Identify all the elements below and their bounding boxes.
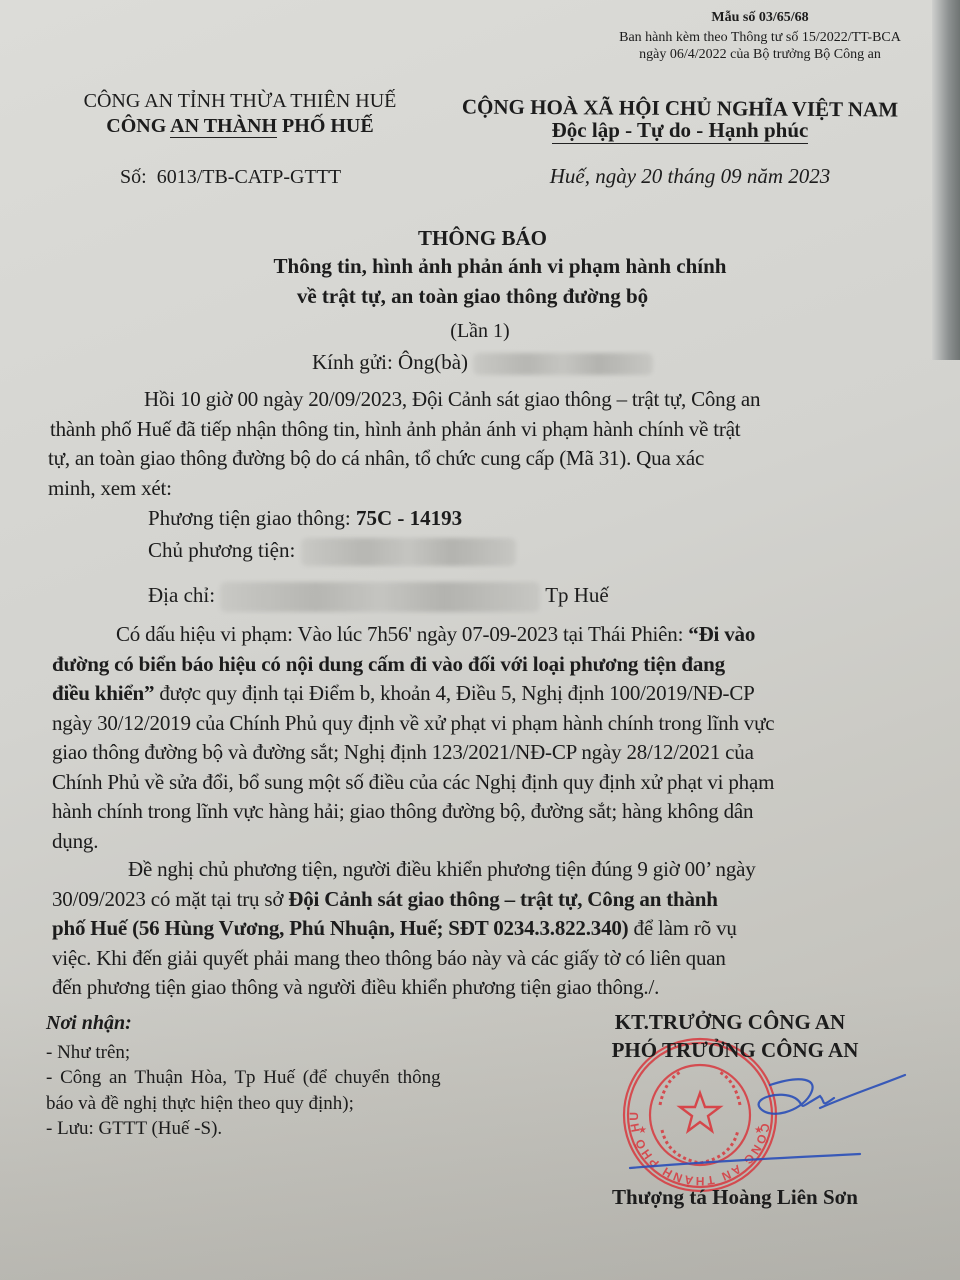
- request-line: 30/09/2023 có mặt tại trụ sở Đội Cảnh sá…: [52, 885, 756, 915]
- request-line: Đề nghị chủ phương tiện, người điều khiể…: [72, 855, 756, 885]
- address-row: Địa chỉ: Tp Huế: [148, 582, 609, 612]
- org-underlined: AN THÀNH: [170, 115, 277, 138]
- document-subtitle-2: về trật tự, an toàn giao thông đường bộ: [200, 284, 745, 309]
- violation-paragraph: Có dấu hiệu vi phạm: Vào lúc 7h56' ngày …: [72, 620, 774, 856]
- form-issued-date: ngày 06/4/2022 của Bộ trưởng Bộ Công an: [560, 47, 960, 63]
- parent-organization: CÔNG AN TỈNH THỪA THIÊN HUẾ: [40, 90, 440, 113]
- violation-bold: “Đi vào: [688, 622, 755, 646]
- signature-position: PHÓ TRƯỞNG CÔNG AN: [560, 1038, 910, 1063]
- request-bold: phố Huế (56 Hùng Vương, Phú Nhuận, Huế; …: [52, 916, 628, 940]
- form-issued-with: Ban hành kèm theo Thông tư số 15/2022/TT…: [560, 30, 960, 46]
- issuing-organization: CÔNG AN THÀNH PHỐ HUẾ: [40, 115, 440, 138]
- request-text: để làm rõ vụ: [628, 916, 736, 940]
- address-city: Tp Huế: [545, 583, 609, 607]
- violation-text: được quy định tại Điểm b, khoản 4, Điều …: [154, 681, 754, 705]
- violation-line: dụng.: [52, 827, 774, 857]
- request-paragraph: Đề nghị chủ phương tiện, người điều khiể…: [72, 855, 756, 1003]
- violation-line: ngày 30/12/2019 của Chính Phủ quy định v…: [52, 709, 774, 739]
- org-suffix: PHỐ HUẾ: [277, 115, 374, 137]
- recipient-item: - Như trên;: [46, 1041, 130, 1065]
- request-line: đến phương tiện giao thông và người điều…: [52, 973, 756, 1003]
- violation-line: điều khiển” được quy định tại Điểm b, kh…: [52, 679, 774, 709]
- violation-line: Chính Phủ về sửa đổi, bổ sung một số điề…: [52, 768, 774, 798]
- request-bold: Đội Cảnh sát giao thông – trật tự, Công …: [288, 887, 717, 911]
- redacted-owner-name: [301, 538, 516, 566]
- violation-line: giao thông đường bộ và đường sắt; Nghị đ…: [52, 738, 774, 768]
- intro-line: Hồi 10 giờ 00 ngày 20/09/2023, Đội Cảnh …: [40, 385, 900, 415]
- doc-number-value: 6013/TB-CATP-GTTT: [157, 166, 341, 188]
- recipient-item: báo và đề nghị thực hiện theo quy định);: [46, 1092, 354, 1116]
- violation-line: Có dấu hiệu vi phạm: Vào lúc 7h56' ngày …: [72, 620, 774, 650]
- national-motto: Độc lập - Tự do - Hạnh phúc: [450, 118, 910, 143]
- violation-text: Có dấu hiệu vi phạm: Vào lúc 7h56' ngày …: [116, 622, 688, 646]
- org-prefix: CÔNG: [106, 115, 170, 137]
- violation-line: hành chính trong lĩnh vực hàng hải; giao…: [52, 797, 774, 827]
- intro-line: thành phố Huế đã tiếp nhận thông tin, hì…: [40, 415, 900, 445]
- form-number: Mẫu số 03/65/68: [560, 10, 960, 26]
- plate-number: 75C - 14193: [356, 506, 462, 530]
- request-line: phố Huế (56 Hùng Vương, Phú Nhuận, Huế; …: [52, 914, 756, 944]
- recipient-item: - Công an Thuận Hòa, Tp Huế (để chuyển t…: [46, 1066, 441, 1090]
- recipients-heading: Nơi nhận:: [46, 1012, 132, 1035]
- greeting-label: Kính gửi: Ông(bà): [312, 350, 468, 374]
- request-text: 30/09/2023 có mặt tại trụ sở: [52, 887, 288, 911]
- redacted-address: [220, 582, 540, 612]
- intro-line: minh, xem xét:: [40, 474, 900, 504]
- document-subtitle-1: Thông tin, hình ảnh phản ánh vi phạm hàn…: [200, 254, 800, 279]
- intro-paragraph: Hồi 10 giờ 00 ngày 20/09/2023, Đội Cảnh …: [40, 385, 900, 503]
- motto-text: Độc lập - Tự do - Hạnh phúc: [552, 118, 809, 144]
- plate-label: Phương tiện giao thông:: [148, 506, 351, 530]
- violation-bold: điều khiển”: [52, 681, 154, 705]
- redacted-recipient-name: [473, 353, 653, 375]
- recipient-item: - Lưu: GTTT (Huế -S).: [46, 1117, 222, 1141]
- edition-label: (Lần 1): [200, 320, 760, 343]
- document-heading: THÔNG BÁO: [200, 226, 765, 251]
- request-line: việc. Khi đến giải quyết phải mang theo …: [52, 944, 756, 974]
- place-date: Huế, ngày 20 tháng 09 năm 2023: [450, 164, 930, 189]
- document-number: Số: 6013/TB-CATP-GTTT: [120, 166, 341, 189]
- signer-name: Thượng tá Hoàng Liên Sơn: [560, 1185, 910, 1210]
- vehicle-owner-row: Chủ phương tiện:: [148, 538, 516, 566]
- intro-line: tự, an toàn giao thông đường bộ do cá nh…: [40, 444, 900, 474]
- handwritten-signature-icon: [620, 1050, 910, 1180]
- signature-on-behalf: KT.TRƯỞNG CÔNG AN: [560, 1010, 900, 1035]
- violation-line: đường có biển báo hiệu có nội dung cấm đ…: [52, 650, 774, 680]
- vehicle-plate-row: Phương tiện giao thông: 75C - 14193: [148, 506, 462, 531]
- doc-number-label: Số:: [120, 166, 147, 188]
- owner-label: Chủ phương tiện:: [148, 538, 295, 562]
- greeting: Kính gửi: Ông(bà): [312, 350, 653, 375]
- address-label: Địa chỉ:: [148, 583, 215, 607]
